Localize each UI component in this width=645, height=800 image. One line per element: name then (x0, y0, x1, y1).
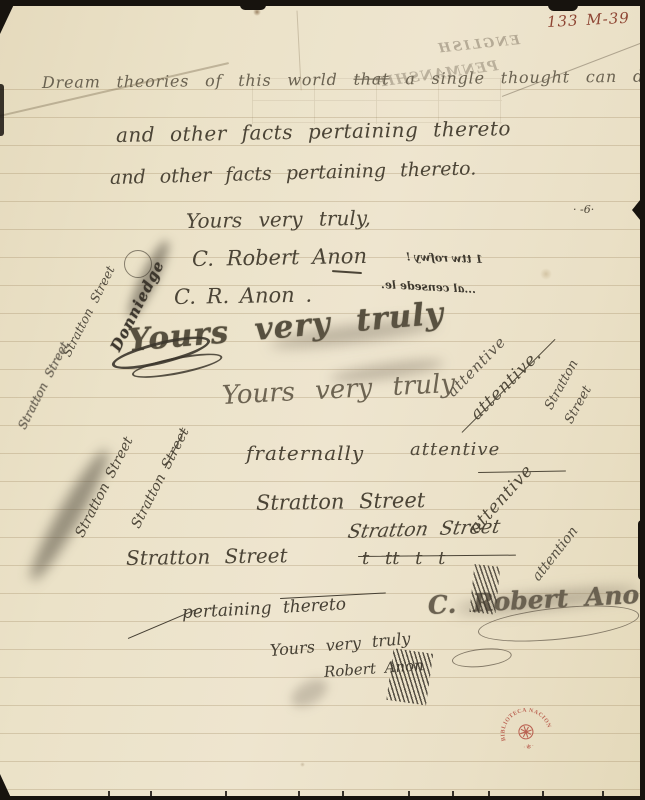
scribble-hatch-2 (469, 564, 500, 614)
scan-edge-right (640, 0, 645, 800)
smudge-diagonal-left (22, 445, 116, 586)
signature-loop-flourish (451, 646, 513, 670)
pertaining-thereto-bottom: pertaining thereto (182, 595, 347, 622)
scan-edge-bottom (0, 796, 645, 800)
other-facts-line-1: and other facts pertaining thereto (116, 117, 511, 146)
stamp-bottom-marks: · ✻ · (521, 742, 536, 753)
ink-offset-blot-2: ...al censede le. (402, 280, 477, 296)
other-facts-line-2: and other facts pertaining thereto. (110, 158, 477, 188)
archive-code: 133 M-39 (547, 10, 631, 31)
foxing-spot-3 (300, 762, 305, 767)
biblioteca-nacional-stamp: BIBLIOTECA NACIONAL · ✻ · (488, 692, 561, 765)
svg-text:· ✻ ·: · ✻ · (521, 742, 536, 753)
paper-edge-notch-right (632, 194, 645, 226)
scan-edge-tick (298, 791, 300, 798)
smudge-donniedge (123, 237, 175, 320)
scan-edge-tick (342, 791, 344, 798)
t-practice-row: t tt t t (362, 549, 445, 569)
manuscript-scan: 133 M-39ENGLISHPENMANSHIPDream theories … (0, 0, 645, 800)
ink-offset-blot-1: 1 ttw rofwy ! (417, 252, 483, 266)
scan-edge-tick (542, 791, 544, 798)
torn-corner-top-left (0, 0, 16, 34)
scan-edge-tick (150, 791, 152, 798)
scan-edge-left-sliver (0, 84, 4, 136)
torn-corner-bottom-left (0, 774, 12, 800)
dream-theories-line-struck: that (353, 69, 389, 88)
scan-edge-tick (408, 791, 410, 798)
dream-theories-line-part: a single thought can destroy: (389, 66, 645, 88)
stratton-street-mid: Stratton Street (256, 489, 426, 515)
yours-very-truly-1: Yours very truly, (186, 207, 371, 232)
stratton-street-diagonal-4-struck: Street (158, 425, 192, 472)
stamp-arc-text: BIBLIOTECA NACIONAL (488, 692, 551, 745)
scan-edge-tick (108, 791, 110, 798)
paper-edge-notch-1 (240, 5, 266, 10)
yours-very-truly-3: Yours very truly (269, 630, 411, 660)
dream-theories-line-part: Dream theories of this world (42, 70, 354, 92)
stratton-street-bottom-left: Stratton Street (126, 544, 288, 569)
attention-diagonal: attention (530, 496, 604, 584)
scan-edge-tick (225, 791, 227, 798)
c-robert-anon-1: C. Robert Anon (192, 245, 367, 271)
stratton-street-diagonal-4-part: Stratton (128, 465, 172, 531)
signature-underscore (332, 270, 362, 274)
svg-text:BIBLIOTECA NACIONAL: BIBLIOTECA NACIONAL (488, 692, 551, 745)
foxing-spot-2 (540, 268, 552, 280)
stratton-street-right: Stratton Street (346, 517, 502, 543)
attentive-diagonal-2: attentive. (467, 329, 562, 424)
paper-edge-notch-2 (548, 5, 578, 11)
pertaining-tail-stroke (128, 608, 200, 639)
scribble-hatch-1 (386, 648, 433, 705)
attentive-horizontal: attentive (410, 440, 500, 460)
scan-edge-tick (452, 791, 454, 798)
scan-edge-tick (488, 791, 490, 798)
dream-theories-line: Dream theories of this world that a sing… (42, 67, 645, 92)
paper-sheet: 133 M-39ENGLISHPENMANSHIPDream theories … (0, 4, 641, 797)
stratton-street-diagonal-2: Stratton Street (16, 314, 84, 431)
bleedthrough-english: ENGLISH (410, 34, 521, 60)
c-r-anon: C. R. Anon . (174, 284, 312, 309)
stamp-emblem (517, 723, 535, 741)
fraternally: fraternally (246, 442, 364, 464)
scan-edge-right-bump (638, 520, 645, 580)
ink-dots: · -6· (573, 204, 594, 216)
scan-edge-tick (602, 791, 604, 798)
